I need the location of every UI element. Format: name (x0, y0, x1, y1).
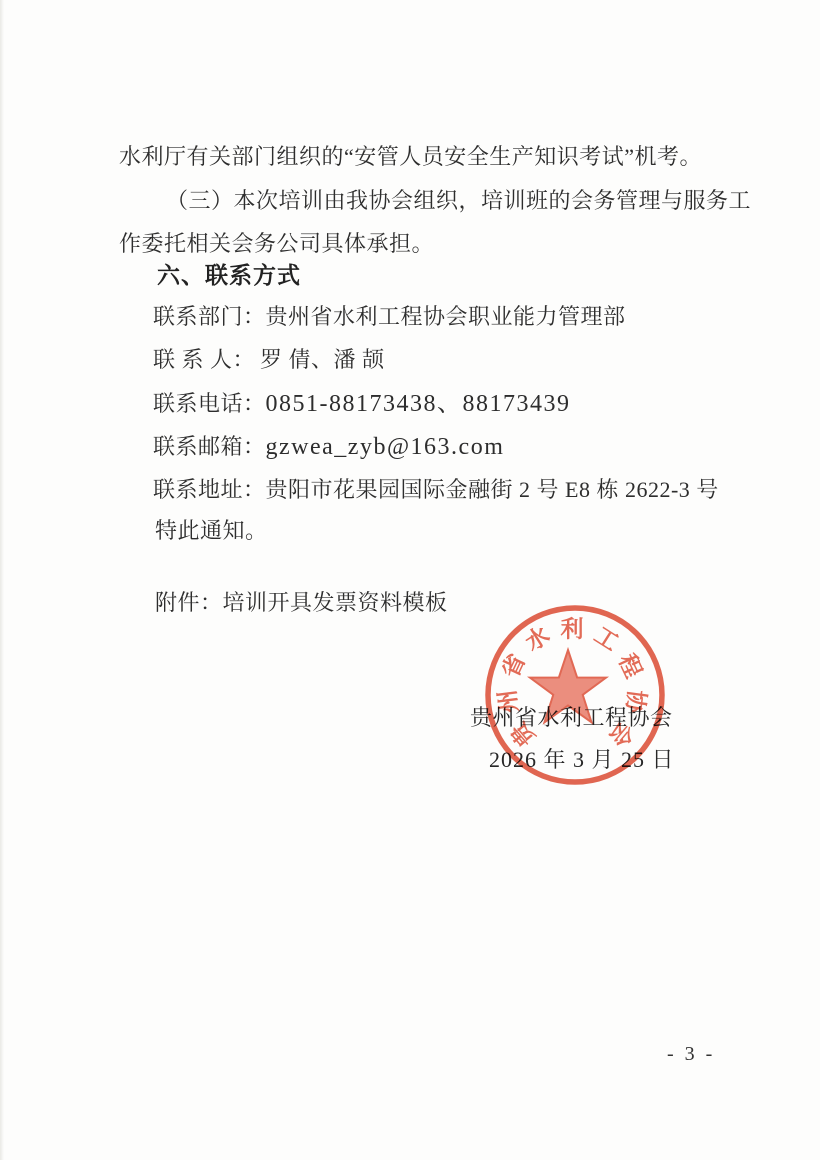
contact-value: 贵州省水利工程协会职业能力管理部 (266, 304, 626, 329)
svg-text:省: 省 (498, 650, 530, 681)
contact-label: 联 系 人： (153, 346, 260, 374)
signature-organization: 贵州省水利工程协会 (470, 704, 673, 732)
contact-label: 联系部门： (153, 303, 266, 331)
contact-row-person: 联 系 人：罗 倩、潘 颉 (153, 346, 385, 374)
signature-date: 2026 年 3 月 25 日 (489, 746, 675, 774)
section-heading: 六、联系方式 (157, 261, 301, 290)
svg-text:工: 工 (590, 622, 623, 655)
contact-value: gzwea_zyb@163.com (266, 434, 505, 460)
contact-label: 联系邮箱： (153, 433, 266, 461)
closing-line: 特此通知。 (155, 517, 268, 545)
body-text-line: 作委托相关会务公司具体承担。 (119, 230, 434, 258)
body-text-line: （三）本次培训由我协会组织，培训班的会务管理与服务工 (166, 187, 751, 215)
contact-label: 联系地址： (153, 476, 266, 504)
svg-text:程: 程 (614, 650, 647, 682)
body-text-line: 水利厅有关部门组织的“安管人员安全生产知识考试”机考。 (119, 143, 702, 171)
page-number: - 3 - (667, 1042, 715, 1067)
scanned-notice-page: 水利厅有关部门组织的“安管人员安全生产知识考试”机考。 （三）本次培训由我协会组… (0, 0, 820, 1160)
scan-edge-shadow (0, 0, 4, 1160)
contact-row-department: 联系部门：贵州省水利工程协会职业能力管理部 (153, 303, 626, 331)
contact-value: 0851-88173438、88173439 (266, 391, 571, 417)
contact-row-address: 联系地址：贵阳市花果园国际金融街 2 号 E8 栋 2622-3 号 (153, 476, 719, 504)
contact-row-email: 联系邮箱：gzwea_zyb@163.com (153, 432, 504, 462)
official-seal: 贵州省水利工程协会 (0, 0, 820, 1160)
svg-text:利: 利 (561, 616, 584, 642)
contact-value: 罗 倩、潘 颉 (260, 347, 385, 372)
svg-text:水: 水 (521, 622, 554, 655)
contact-row-phone: 联系电话：0851-88173438、88173439 (153, 389, 571, 419)
contact-value: 贵阳市花果园国际金融街 2 号 E8 栋 2622-3 号 (266, 477, 719, 502)
contact-label: 联系电话： (153, 390, 266, 418)
attachment-line: 附件：培训开具发票资料模板 (155, 589, 448, 617)
